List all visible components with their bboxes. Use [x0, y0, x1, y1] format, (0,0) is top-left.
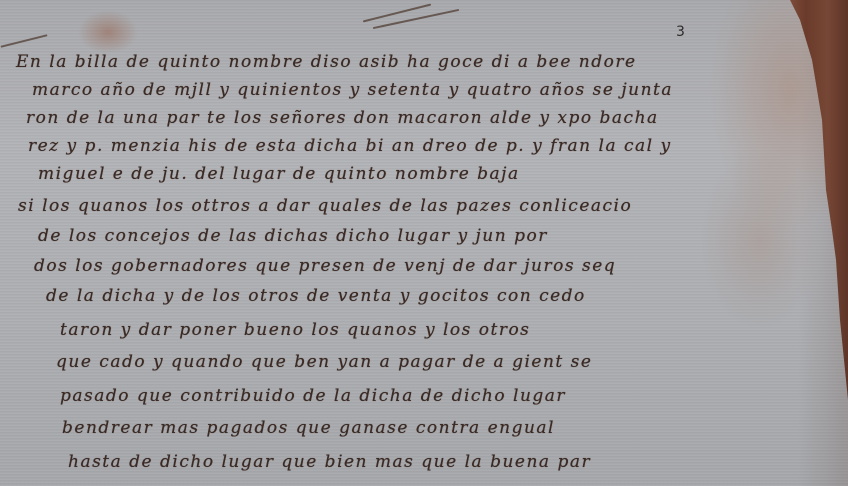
manuscript-line: En la billa de quinto nombre diso asib h…	[16, 52, 637, 72]
manuscript-line: de la dicha y de los otros de venta y go…	[46, 286, 586, 306]
manuscript-line: si los quanos los ottros a dar quales de…	[18, 196, 632, 216]
manuscript-line: taron y dar poner bueno los quanos y los…	[60, 320, 530, 340]
manuscript-line: dos los gobernadores que presen de venj …	[34, 256, 616, 276]
manuscript-line: bendrear mas pagados que ganase contra e…	[62, 418, 555, 438]
manuscript-line: que cado y quando que ben yan a pagar de…	[56, 352, 592, 372]
manuscript-line: rez y p. menzia his de esta dicha bi an …	[28, 136, 672, 156]
manuscript-line: de los concejos de las dichas dicho luga…	[38, 226, 548, 246]
manuscript-line: marco año de mjll y quinientos y setenta…	[32, 80, 673, 100]
page-number: 3	[676, 24, 685, 40]
manuscript-line: miguel e de ju. del lugar de quinto nomb…	[38, 164, 520, 184]
manuscript-line: ron de la una par te los señores don mac…	[26, 108, 659, 128]
manuscript-line: hasta de dicho lugar que bien mas que la…	[68, 452, 591, 472]
manuscript-line: pasado que contribuido de la dicha de di…	[60, 386, 566, 406]
